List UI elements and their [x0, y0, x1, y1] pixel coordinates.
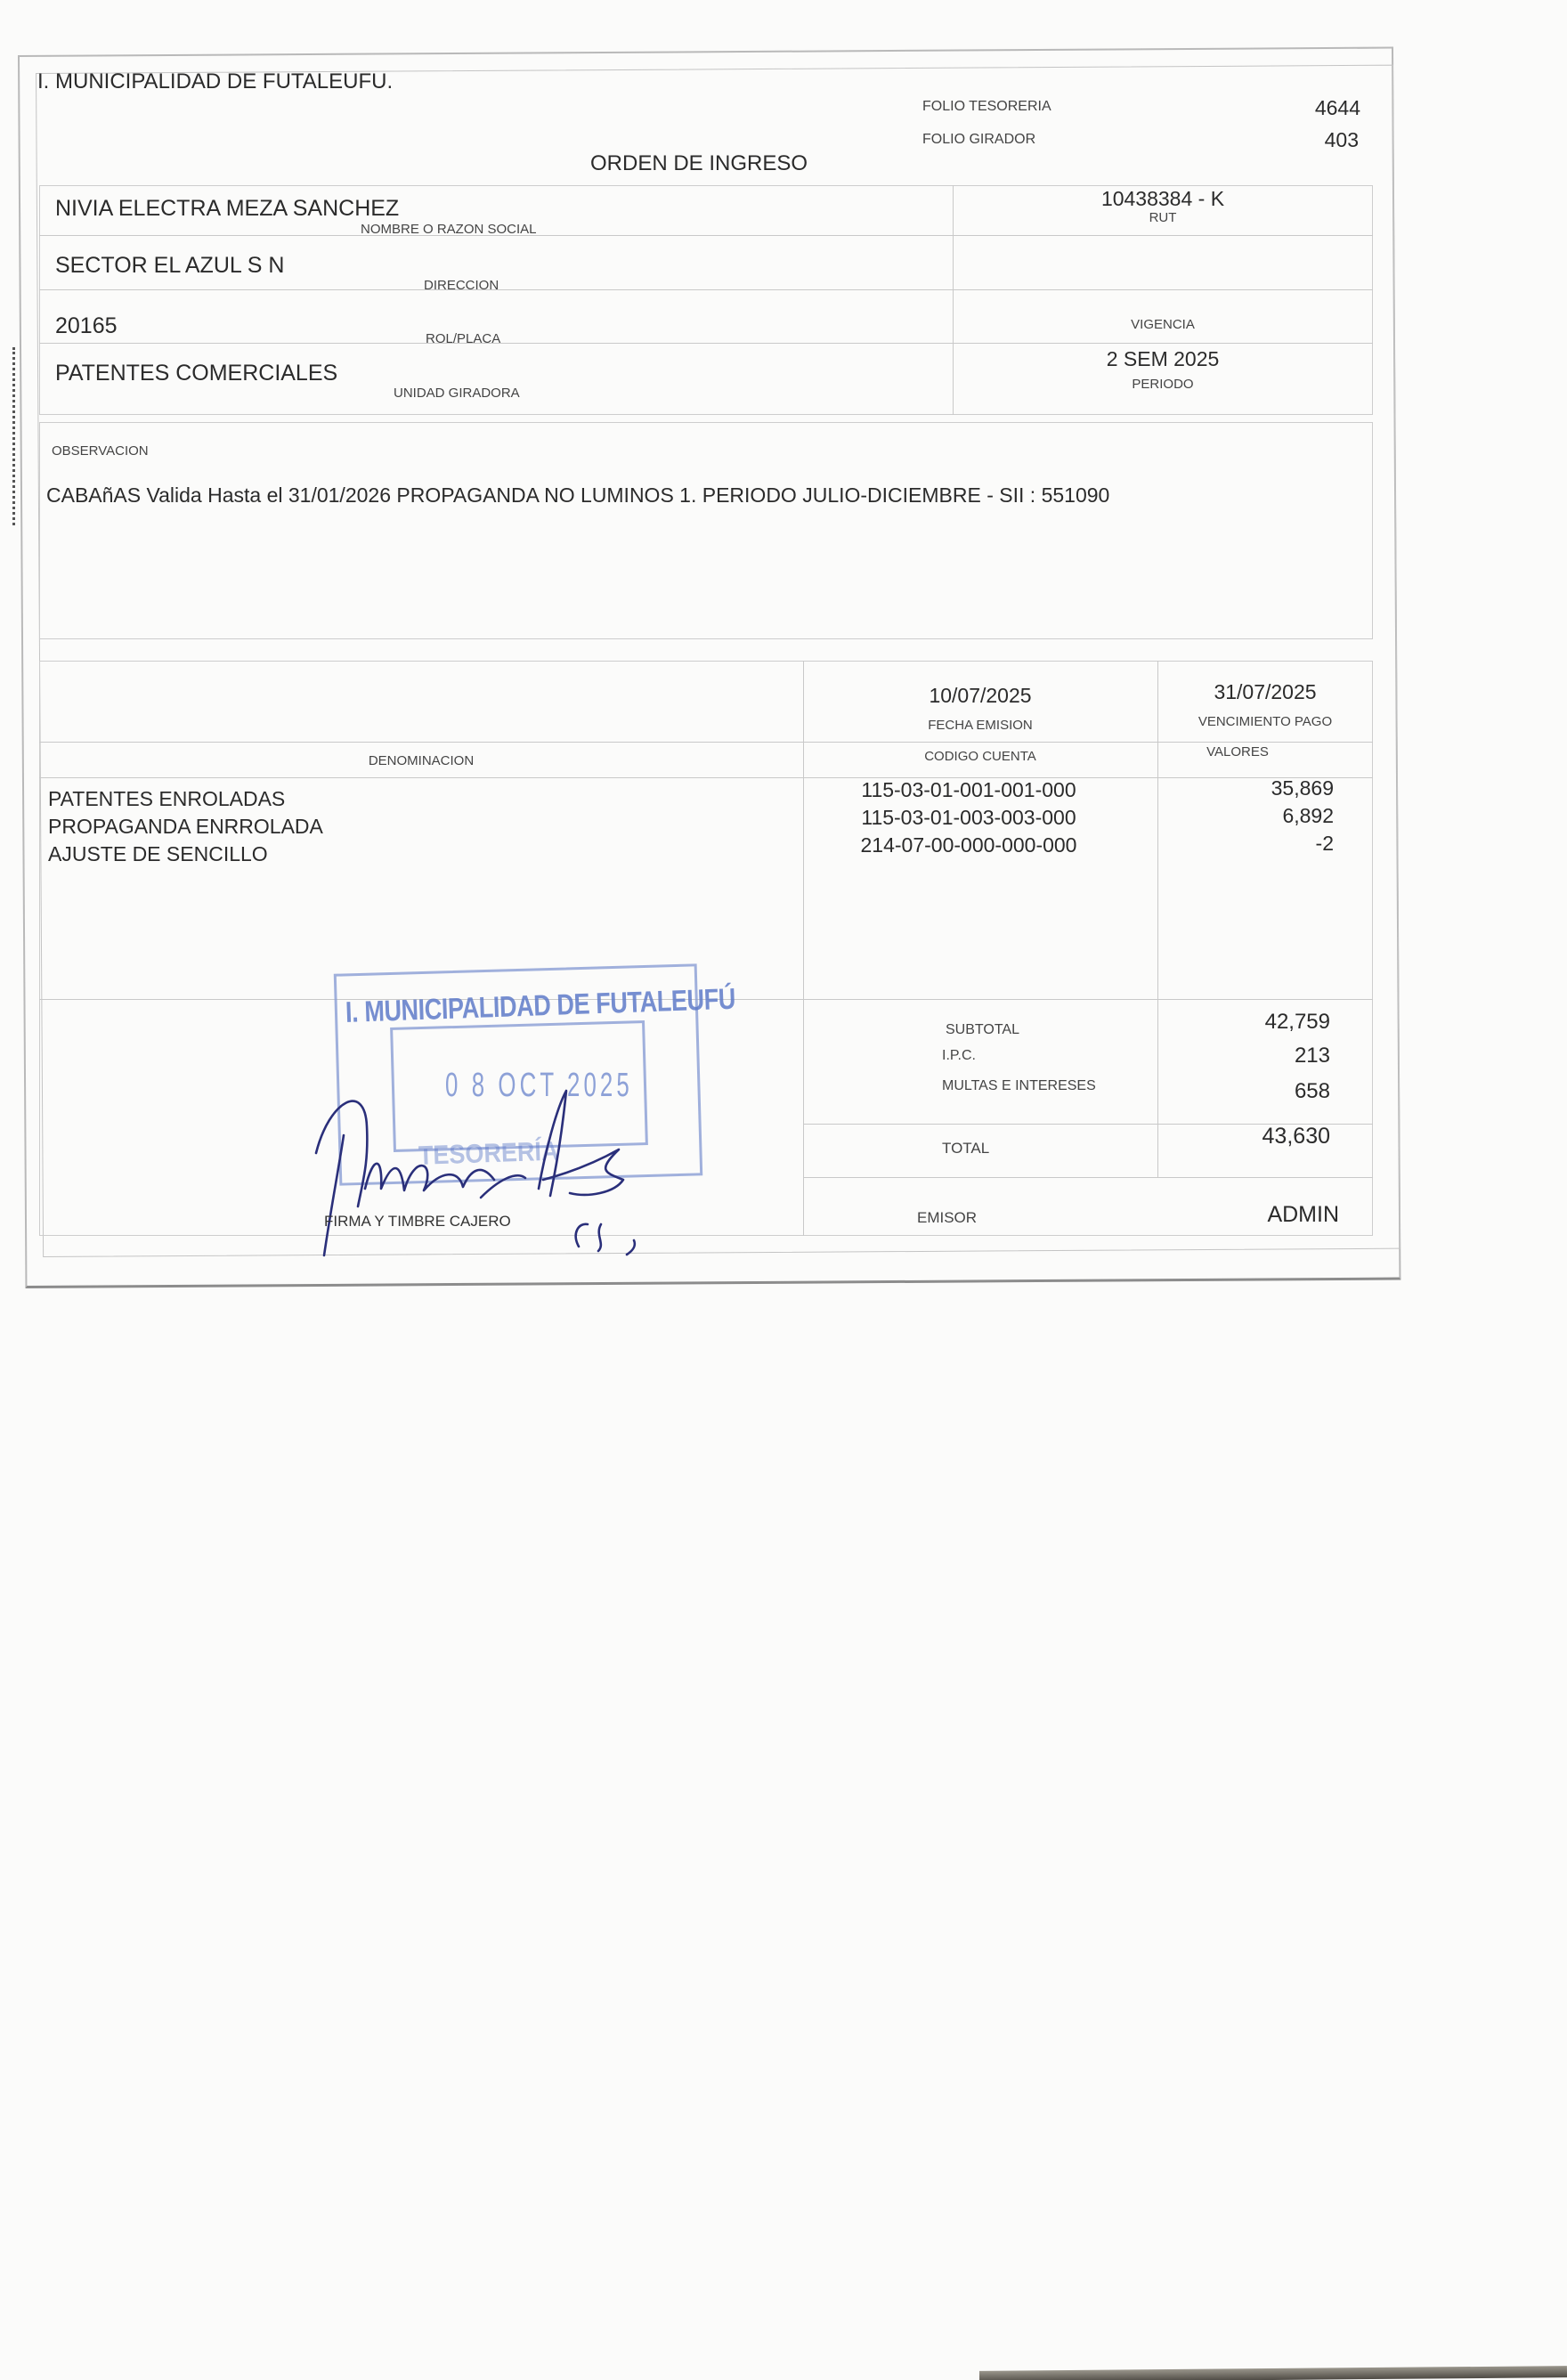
- subtotal-label: SUBTOTAL: [946, 1022, 1019, 1038]
- total-label: TOTAL: [942, 1140, 989, 1158]
- emisor-value: ADMIN: [1193, 1202, 1339, 1228]
- folio-tesoreria-value: 4644: [1264, 96, 1360, 120]
- folio-girador-label: FOLIO GIRADOR: [922, 132, 1035, 148]
- rol-label: ROL/PLACA: [426, 331, 500, 346]
- row-denominacion: PATENTES ENROLADAS: [48, 787, 285, 811]
- scan-edge-shadow: [979, 2366, 1567, 2380]
- col-valores: VALORES: [1157, 744, 1318, 759]
- row-codigo: 214-07-00-000-000-000: [803, 833, 1134, 857]
- address-label: DIRECCION: [424, 278, 499, 293]
- rut-label: RUT: [953, 210, 1373, 225]
- document-title: ORDEN DE INGRESO: [590, 151, 808, 176]
- observation-box: [39, 422, 1373, 639]
- address-value: SECTOR EL AZUL S N: [55, 253, 284, 279]
- row-codigo: 115-03-01-003-003-000: [803, 806, 1134, 830]
- row-denominacion: PROPAGANDA ENRROLADA: [48, 815, 323, 839]
- row-codigo: 115-03-01-001-001-000: [803, 778, 1134, 802]
- row-valor: 35,869: [1193, 776, 1334, 800]
- unit-value: PATENTES COMERCIALES: [55, 361, 337, 386]
- row-valor: -2: [1193, 832, 1334, 856]
- vigencia-label: VIGENCIA: [953, 317, 1373, 332]
- contributor-name-label: NOMBRE O RAZON SOCIAL: [361, 222, 537, 237]
- subtotal-value: 42,759: [1193, 1010, 1330, 1035]
- emisor-label: EMISOR: [917, 1209, 977, 1227]
- row-denominacion: AJUSTE DE SENCILLO: [48, 842, 268, 866]
- observation-label: OBSERVACION: [52, 443, 149, 459]
- ipc-label: I.P.C.: [942, 1048, 976, 1064]
- col-denominacion: DENOMINACION: [39, 753, 803, 768]
- folio-girador-value: 403: [1264, 128, 1359, 152]
- multas-value: 658: [1193, 1079, 1330, 1104]
- due-date: 31/07/2025: [1157, 680, 1373, 704]
- ipc-value: 213: [1193, 1044, 1330, 1068]
- signature-label: FIRMA Y TIMBRE CAJERO: [324, 1213, 511, 1231]
- folio-tesoreria-label: FOLIO TESORERIA: [922, 99, 1051, 115]
- multas-label: MULTAS E INTERESES: [942, 1078, 1096, 1094]
- period-label: PERIODO: [953, 377, 1373, 392]
- rol-value: 20165: [55, 313, 118, 339]
- signature-scribble: [312, 1073, 668, 1260]
- row-valor: 6,892: [1193, 804, 1334, 828]
- contributor-name: NIVIA ELECTRA MEZA SANCHEZ: [55, 196, 399, 222]
- issue-date-label: FECHA EMISION: [803, 718, 1157, 733]
- observation-text: CABAñAS Valida Hasta el 31/01/2026 PROPA…: [46, 483, 1109, 508]
- issue-date: 10/07/2025: [803, 684, 1157, 708]
- perforation-edge: [12, 347, 20, 525]
- unit-label: UNIDAD GIRADORA: [394, 386, 520, 401]
- period-value: 2 SEM 2025: [953, 347, 1373, 371]
- municipality-name: I. MUNICIPALIDAD DE FUTALEUFU.: [37, 69, 393, 94]
- due-date-label: VENCIMIENTO PAGO: [1157, 714, 1373, 729]
- rut-value: 10438384 - K: [953, 187, 1373, 211]
- total-value: 43,630: [1193, 1124, 1330, 1149]
- col-codigo: CODIGO CUENTA: [803, 749, 1157, 764]
